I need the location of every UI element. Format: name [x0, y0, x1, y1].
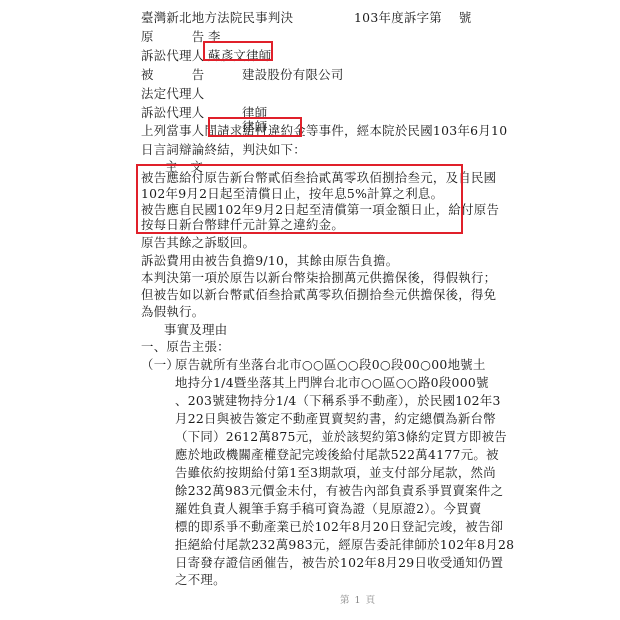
item-1-line: （下同）2612萬875元，並於該契約第3條約定買方即被告 — [175, 427, 507, 446]
item-1-line: 餘232萬983元價金未付，有被告內部負責系爭買賣案件之 — [175, 481, 503, 500]
intro-suffix: 事件，經本院於民國103年6月10 — [319, 123, 508, 138]
party-role-defendant-attorney: 訴訟代理人 — [141, 103, 204, 122]
item-1-line: 、203號建物持分1/4（下稱系爭不動產），於民國102年3 — [175, 391, 501, 410]
item-1-line: 之不理。 — [175, 570, 226, 589]
item-1-line: 羅姓負責人親筆手寫手稿可資為證（見原證2）。今買賣 — [175, 499, 482, 518]
judgment-page: 臺灣新北地方法院民事判決 103年度訴字第 號 原 告 李 訴訟代理人 蘇彥文律… — [0, 0, 620, 620]
main-text-rest-5: 為假執行。 — [141, 302, 204, 321]
party-name-plaintiff-attorney: 蘇彥文律師 — [208, 46, 271, 65]
item-1-line: 月22日與被告簽定不動產買賣契約書，約定總價為新台幣 — [175, 409, 496, 428]
intro-line-1: 上列當事人間請求給付違約金等事件，經本院於民國103年6月10 — [141, 121, 507, 140]
item-1-line: 拒絕給付尾款232萬983元，經原告委託律師於102年8月28 — [175, 535, 514, 554]
page-number: 第 1 頁 — [340, 592, 376, 606]
case-cause-highlight: 請求給付違約金等 — [217, 123, 319, 138]
main-text-rest-1: 原告其餘之訴駁回。 — [141, 233, 255, 252]
party-role-legal-rep: 法定代理人 — [141, 84, 204, 103]
party-name-plaintiff: 李 — [208, 27, 221, 46]
party-role-plaintiff: 原 告 — [141, 27, 204, 46]
party-role-defendant: 被 告 — [141, 65, 204, 84]
item-1-line: 地持分1/4暨坐落其上門牌台北市○○區○○路0段000號 — [175, 373, 489, 392]
party-name-defendant: 建設股份有限公司 — [242, 65, 344, 84]
item-1-line: 標的即系爭不動產業已於102年8月20日登記完竣，被告卻 — [175, 517, 503, 536]
item-1-line: 應於地政機關產權登記完竣後給付尾款522萬4177元。被 — [175, 445, 499, 464]
item-1-line: 告雖依約按期給付第1至3期款項，並支付部分尾款，然尚 — [175, 463, 496, 482]
intro-prefix: 上列當事人間 — [141, 123, 217, 138]
party-role-plaintiff-attorney: 訴訟代理人 — [141, 46, 204, 65]
item-1-label: （一） — [141, 355, 179, 374]
section-1-heading: 一、原告主張： — [141, 337, 230, 356]
case-number: 103年度訴字第 號 — [354, 8, 472, 27]
item-1-line: 原告就所有坐落台北市○○區○○段0○段00○00地號土 — [175, 355, 486, 374]
main-text-line-4: 按每日新台幣肆仟元計算之違約金。 — [141, 215, 344, 234]
court-title: 臺灣新北地方法院民事判決 — [141, 8, 293, 27]
